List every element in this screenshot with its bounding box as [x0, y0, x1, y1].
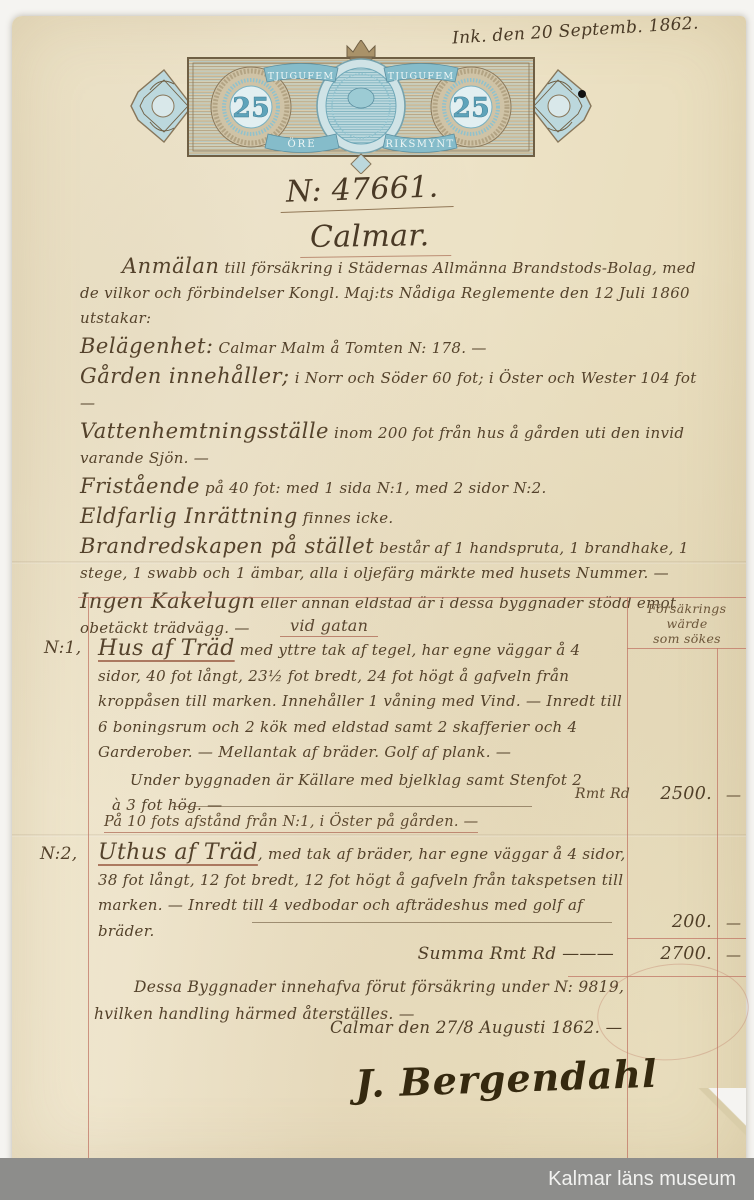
stamp-denomination-left: 25 — [232, 93, 270, 124]
declaration-body: Anmälan till försäkring i Städernas Allm… — [80, 254, 706, 644]
place-title: Calmar. — [300, 218, 452, 258]
stamp-ore-label: ÖRE — [287, 138, 316, 150]
statement-vattenhemtning: Vattenhemtningsställe inom 200 fot från … — [80, 419, 706, 471]
statement-brandredskap: Brandredskapen på stället består af 1 ha… — [80, 534, 706, 586]
section-heading-vid-gatan: vid gatan — [280, 616, 378, 637]
distance-note: På 10 fots afstånd från N:1, i Öster på … — [104, 814, 478, 833]
entry2-filler-line — [252, 922, 612, 923]
statement-anmalan: Anmälan till försäkring i Städernas Allm… — [80, 254, 706, 331]
museum-label: Kalmar läns museum — [548, 1168, 736, 1190]
stamp-left-ornament — [131, 70, 192, 142]
stamp-denomination-right: 25 — [452, 93, 490, 124]
revenue-stamp: 25 25 TJUGUFEM TJUGUFEM ÖRE RIKSMYNT — [130, 40, 592, 174]
currency-prefix: Rmt Rd — [575, 786, 630, 802]
entry1-value: 2500. — [640, 784, 712, 804]
stamp-riksmynt-label: RIKSMYNT — [385, 139, 454, 150]
table-rule-ore-divider — [717, 648, 718, 1166]
stamp-word-right: TJUGUFEM — [388, 71, 455, 82]
statement-garden: Gården innehåller; i Norr och Söder 60 f… — [80, 364, 706, 416]
statement-fristaende: Fristående på 40 fot: med 1 sida N:1, me… — [80, 474, 706, 501]
summa-label: Summa Rmt Rd ——— — [342, 944, 614, 964]
entry1-description: Hus af Träd med yttre tak af tegel, har … — [98, 636, 626, 766]
table-rule-under-200 — [627, 938, 746, 939]
table-rule-left-margin — [88, 597, 89, 1166]
entry1-filler-line — [172, 806, 532, 807]
document-paper: Ink. den 20 Septemb. 1862. — [12, 16, 746, 1166]
value-column-header: Försäkrings wärde som sökes — [630, 601, 744, 646]
crown-icon — [347, 40, 375, 61]
signature: J. Bergendahl — [354, 1051, 658, 1107]
entry2-number: N:2, — [40, 844, 77, 864]
punch-hole — [578, 90, 586, 98]
entry1-cellar-note: Under byggnaden är Källare med bjelklag … — [112, 768, 592, 818]
summa-ore: — — [726, 946, 741, 964]
entry2-value: 200. — [640, 912, 712, 932]
dateline: Calmar den 27/8 Augusti 1862. — — [330, 1018, 622, 1037]
entry2-ore: — — [726, 914, 741, 932]
table-rule-header-bottom — [627, 648, 746, 649]
stamp-right-ornament — [530, 70, 591, 142]
entry1-number: N:1, — [44, 638, 81, 658]
statement-eldfarlig: Eldfarlig Inrättning finnes icke. — [80, 504, 706, 531]
table-rule-top — [78, 597, 746, 598]
stamp-word-left: TJUGUFEM — [268, 71, 335, 82]
paper-crease — [12, 834, 746, 837]
summa-value: 2700. — [640, 944, 712, 964]
entry1-ore: — — [726, 786, 741, 804]
entry2-description: Uthus af Träd, med tak af bräder, har eg… — [98, 840, 626, 944]
museum-watermark-bar: Kalmar läns museum — [0, 1158, 754, 1200]
document-number: N: 47661. — [279, 169, 453, 213]
statement-belagenhet: Belägenhet: Calmar Malm å Tomten N: 178.… — [80, 334, 706, 361]
paper-corner-fold — [682, 1088, 746, 1166]
